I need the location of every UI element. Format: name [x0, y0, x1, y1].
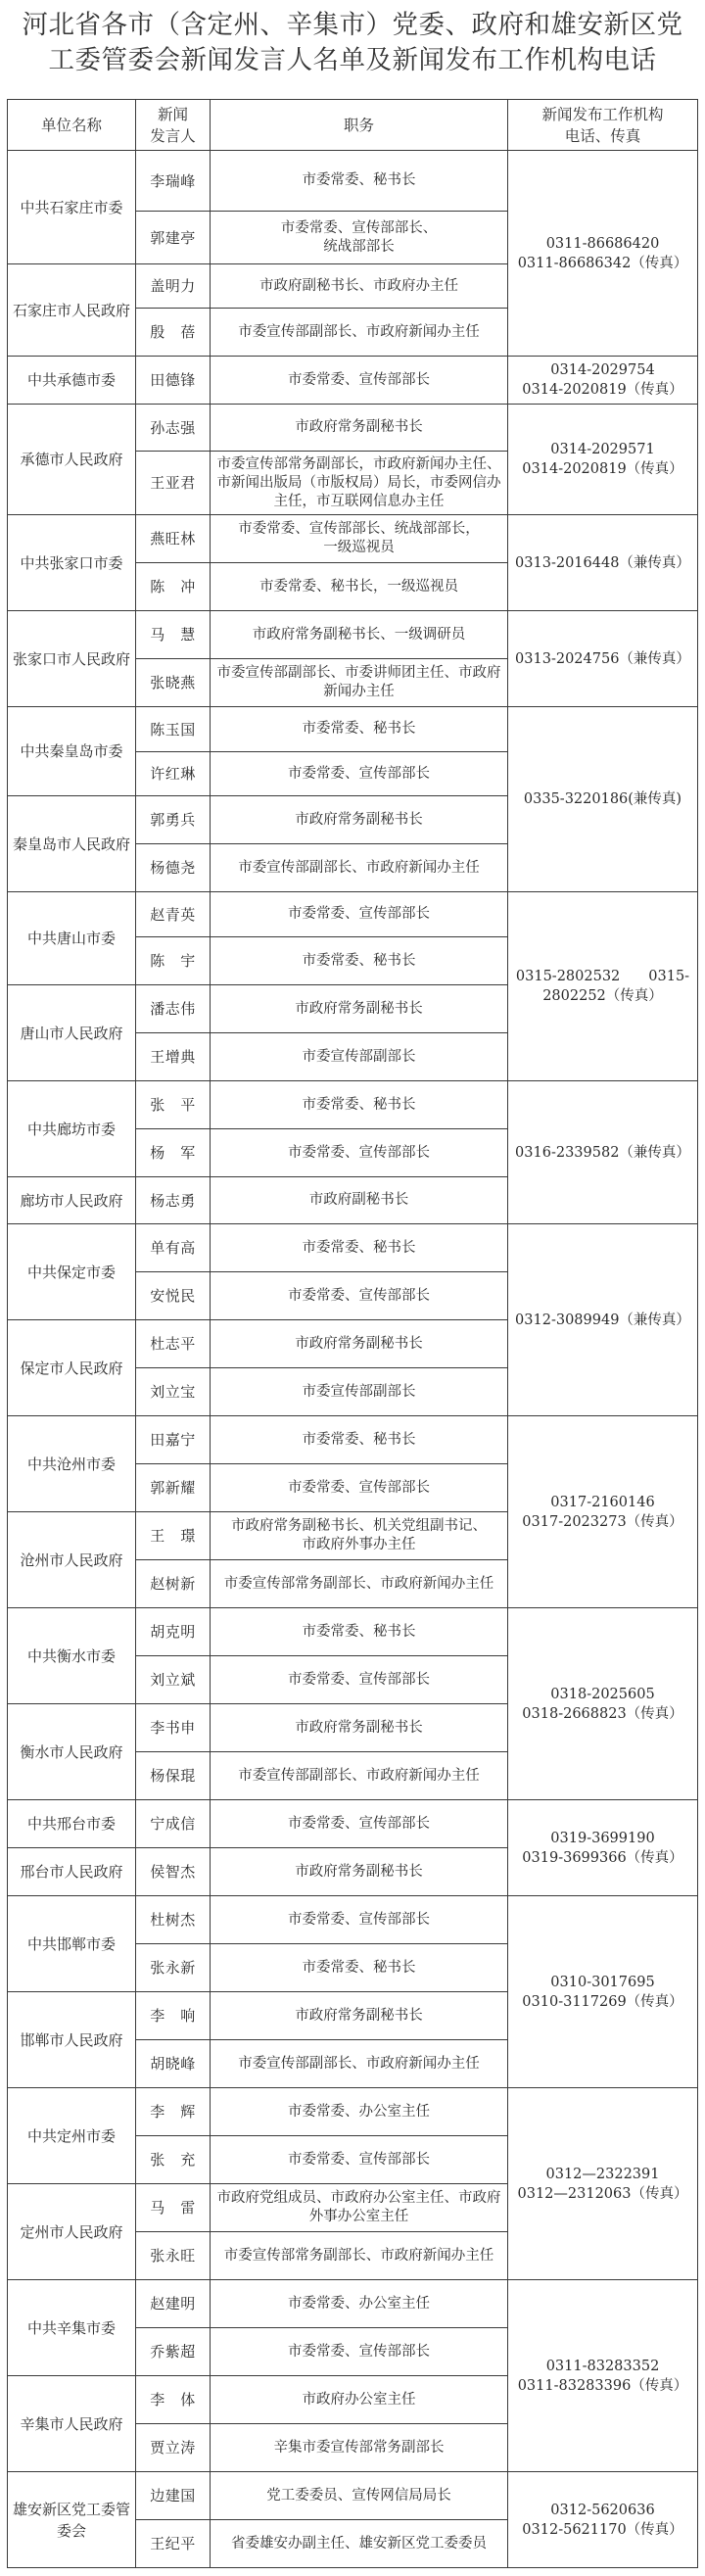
duty-cell: 市委常委、秘书长	[211, 1944, 508, 1992]
unit-name-cell: 中共廊坊市委	[8, 1081, 136, 1177]
duty-cell: 市委常委、宣传部部长、 统战部部长	[211, 212, 508, 264]
duty-cell: 省委雄安办副主任、雄安新区党工委委员	[211, 2520, 508, 2568]
spokesperson-name-cell: 张晓燕	[136, 659, 211, 707]
duty-cell: 市政府常务副秘书长	[211, 796, 508, 844]
unit-name-cell: 中共保定市委	[8, 1224, 136, 1320]
contact-phone-cell: 0314-2029571 0314-2020819（传真）	[508, 405, 698, 515]
spokesperson-name-cell: 孙志强	[136, 405, 211, 452]
spokesperson-name-cell: 杜树杰	[136, 1896, 211, 1944]
duty-cell: 市委常委、宣传部部长	[211, 1464, 508, 1512]
duty-cell: 市委常委、宣传部部长	[211, 357, 508, 405]
duty-cell: 市委常委、秘书长	[211, 151, 508, 212]
unit-name-cell: 中共邯郸市委	[8, 1896, 136, 1992]
duty-cell: 市政府常务副秘书长	[211, 1320, 508, 1368]
duty-cell: 市委常委、宣传部部长	[211, 1896, 508, 1944]
contact-phone-cell: 0312—2322391 0312—2312063（传真）	[508, 2088, 698, 2280]
spokesperson-name-cell: 王亚君	[136, 452, 211, 515]
spokesperson-name-cell: 张 充	[136, 2136, 211, 2184]
spokesperson-name-cell: 张 平	[136, 1081, 211, 1129]
spokesperson-name-cell: 贾立涛	[136, 2424, 211, 2472]
duty-cell: 市政府副秘书长、市政府办主任	[211, 264, 508, 309]
unit-name-cell: 中共承德市委	[8, 357, 136, 405]
spokesperson-name-cell: 田嘉宁	[136, 1416, 211, 1464]
unit-name-cell: 邢台市人民政府	[8, 1848, 136, 1896]
duty-cell: 市委常委、宣传部部长	[211, 1272, 508, 1320]
duty-cell: 市政府常务副秘书长	[211, 1992, 508, 2040]
spokesperson-name-cell: 陈 冲	[136, 563, 211, 611]
spokesperson-name-cell: 王 璟	[136, 1512, 211, 1560]
table-row: 中共保定市委单有高市委常委、秘书长0312-3089949（兼传真）	[8, 1224, 698, 1272]
duty-cell: 市委常委、办公室主任	[211, 2088, 508, 2136]
unit-name-cell: 沧州市人民政府	[8, 1512, 136, 1608]
spokesperson-name-cell: 郭勇兵	[136, 796, 211, 844]
duty-cell: 市政府常务副秘书长	[211, 1848, 508, 1896]
unit-name-cell: 张家口市人民政府	[8, 611, 136, 707]
spokesperson-name-cell: 胡克明	[136, 1608, 211, 1656]
spokesperson-name-cell: 赵建明	[136, 2280, 211, 2328]
spokesperson-name-cell: 单有高	[136, 1224, 211, 1272]
spokesperson-name-cell: 郭新耀	[136, 1464, 211, 1512]
header-spokesperson-line1: 新闻	[158, 106, 188, 123]
duty-cell: 党工委委员、宣传网信局局长	[211, 2472, 508, 2520]
spokesperson-name-cell: 燕旺林	[136, 515, 211, 563]
spokesperson-table: 单位名称 新闻发言人 职务 新闻发布工作机构电话、传真 中共石家庄市委李瑞峰市委…	[7, 99, 698, 2568]
contact-phone-cell: 0314-2029754 0314-2020819（传真）	[508, 357, 698, 405]
spokesperson-name-cell: 陈 宇	[136, 937, 211, 985]
contact-phone-cell: 0311-83283352 0311-83283396（传真）	[508, 2280, 698, 2472]
header-spokesperson: 新闻发言人	[136, 100, 211, 151]
unit-name-cell: 中共衡水市委	[8, 1608, 136, 1704]
header-duty: 职务	[211, 100, 508, 151]
unit-name-cell: 秦皇岛市人民政府	[8, 796, 136, 892]
table-row: 中共定州市委李 辉市委常委、办公室主任0312—2322391 0312—231…	[8, 2088, 698, 2136]
table-row: 中共廊坊市委张 平市委常委、秘书长0316-2339582（兼传真）	[8, 1081, 698, 1129]
spokesperson-name-cell: 杨志勇	[136, 1177, 211, 1224]
contact-phone-cell: 0317-2160146 0317-2023273（传真）	[508, 1416, 698, 1608]
spokesperson-name-cell: 陈玉国	[136, 707, 211, 752]
spokesperson-name-cell: 胡晓峰	[136, 2040, 211, 2088]
contact-phone-cell: 0316-2339582（兼传真）	[508, 1081, 698, 1224]
duty-cell: 市委宣传部常务副部长、市政府新闻办主任	[211, 2232, 508, 2280]
duty-cell: 市委常委、宣传部部长	[211, 1656, 508, 1704]
unit-name-cell: 雄安新区党工委管委会	[8, 2472, 136, 2568]
spokesperson-name-cell: 杜志平	[136, 1320, 211, 1368]
duty-cell: 市委宣传部副部长、市政府新闻办主任	[211, 2040, 508, 2088]
unit-name-cell: 承德市人民政府	[8, 405, 136, 515]
duty-cell: 市委常委、宣传部部长、统战部部长， 一级巡视员	[211, 515, 508, 563]
duty-cell: 市委宣传部副部长、市政府新闻办主任	[211, 844, 508, 892]
unit-name-cell: 保定市人民政府	[8, 1320, 136, 1416]
spokesperson-name-cell: 杨保琨	[136, 1752, 211, 1800]
spokesperson-name-cell: 宁成信	[136, 1800, 211, 1848]
table-body: 中共石家庄市委李瑞峰市委常委、秘书长0311-86686420 0311-866…	[8, 151, 698, 2568]
table-header-row: 单位名称 新闻发言人 职务 新闻发布工作机构电话、传真	[8, 100, 698, 151]
contact-phone-cell: 0311-86686420 0311-86686342（传真）	[508, 151, 698, 357]
spokesperson-name-cell: 侯智杰	[136, 1848, 211, 1896]
page-title: 河北省各市（含定州、辛集市）党委、政府和雄安新区党 工委管委会新闻发言人名单及新…	[0, 8, 705, 78]
duty-cell: 市政府常务副秘书长、机关党组副书记、 市政府外事办主任	[211, 1512, 508, 1560]
duty-cell: 市委宣传部副部长	[211, 1368, 508, 1416]
table-row: 中共邯郸市委杜树杰市委常委、宣传部部长0310-3017695 0310-311…	[8, 1896, 698, 1944]
header-phone-line2: 电话、传真	[565, 127, 641, 145]
spokesperson-name-cell: 刘立斌	[136, 1656, 211, 1704]
duty-cell: 市委宣传部副部长、市委讲师团主任、市政府新闻办主任	[211, 659, 508, 707]
contact-phone-cell: 0315-2802532 0315-2802252（传真）	[508, 892, 698, 1081]
unit-name-cell: 中共沧州市委	[8, 1416, 136, 1512]
spokesperson-name-cell: 赵树新	[136, 1560, 211, 1608]
duty-cell: 市委常委、宣传部部长	[211, 1800, 508, 1848]
table-row: 中共邢台市委宁成信市委常委、宣传部部长0319-3699190 0319-369…	[8, 1800, 698, 1848]
spokesperson-name-cell: 边建国	[136, 2472, 211, 2520]
unit-name-cell: 辛集市人民政府	[8, 2376, 136, 2472]
contact-phone-cell: 0313-2016448（兼传真）	[508, 515, 698, 611]
contact-phone-cell: 0313-2024756（兼传真）	[508, 611, 698, 707]
contact-phone-cell: 0312-3089949（兼传真）	[508, 1224, 698, 1416]
spokesperson-name-cell: 殷 蓓	[136, 309, 211, 357]
duty-cell: 市委常委、秘书长	[211, 1416, 508, 1464]
unit-name-cell: 衡水市人民政府	[8, 1704, 136, 1800]
duty-cell: 市委常委、宣传部部长	[211, 1129, 508, 1177]
unit-name-cell: 中共唐山市委	[8, 892, 136, 985]
spokesperson-name-cell: 王增典	[136, 1033, 211, 1081]
contact-phone-cell: 0310-3017695 0310-3117269（传真）	[508, 1896, 698, 2088]
contact-phone-cell: 0318-2025605 0318-2668823（传真）	[508, 1608, 698, 1800]
duty-cell: 市委常委、秘书长	[211, 1224, 508, 1272]
spokesperson-name-cell: 杨 军	[136, 1129, 211, 1177]
spokesperson-name-cell: 许红琳	[136, 752, 211, 796]
table-row: 张家口市人民政府马 慧市政府常务副秘书长、一级调研员0313-2024756（兼…	[8, 611, 698, 659]
unit-name-cell: 中共邢台市委	[8, 1800, 136, 1848]
spokesperson-name-cell: 马 雷	[136, 2184, 211, 2232]
duty-cell: 市政府办公室主任	[211, 2376, 508, 2424]
unit-name-cell: 石家庄市人民政府	[8, 264, 136, 357]
duty-cell: 市委常委、秘书长	[211, 937, 508, 985]
table-row: 中共唐山市委赵青英市委常委、宣传部部长0315-2802532 0315-280…	[8, 892, 698, 937]
spokesperson-name-cell: 李瑞峰	[136, 151, 211, 212]
duty-cell: 市委宣传部副部长	[211, 1033, 508, 1081]
header-phone-line1: 新闻发布工作机构	[541, 106, 663, 123]
unit-name-cell: 廊坊市人民政府	[8, 1177, 136, 1224]
title-line-1: 河北省各市（含定州、辛集市）党委、政府和雄安新区党	[0, 8, 705, 43]
duty-cell: 市政府常务副秘书长	[211, 985, 508, 1033]
spokesperson-name-cell: 乔紫超	[136, 2328, 211, 2376]
spokesperson-name-cell: 马 慧	[136, 611, 211, 659]
table-row: 中共石家庄市委李瑞峰市委常委、秘书长0311-86686420 0311-866…	[8, 151, 698, 212]
spokesperson-name-cell: 安悦民	[136, 1272, 211, 1320]
header-phone: 新闻发布工作机构电话、传真	[508, 100, 698, 151]
duty-cell: 市政府常务副秘书长	[211, 1704, 508, 1752]
spokesperson-name-cell: 赵青英	[136, 892, 211, 937]
table-row: 中共承德市委田德锋市委常委、宣传部部长0314-2029754 0314-202…	[8, 357, 698, 405]
duty-cell: 市委常委、秘书长	[211, 1081, 508, 1129]
spokesperson-name-cell: 李书申	[136, 1704, 211, 1752]
table-row: 中共张家口市委燕旺林市委常委、宣传部部长、统战部部长， 一级巡视员0313-20…	[8, 515, 698, 563]
duty-cell: 市委常委、秘书长，一级巡视员	[211, 563, 508, 611]
unit-name-cell: 中共张家口市委	[8, 515, 136, 611]
spokesperson-name-cell: 盖明力	[136, 264, 211, 309]
spokesperson-name-cell: 李 响	[136, 1992, 211, 2040]
spokesperson-name-cell: 潘志伟	[136, 985, 211, 1033]
unit-name-cell: 中共辛集市委	[8, 2280, 136, 2376]
table-row: 承德市人民政府孙志强市政府常务副秘书长0314-2029571 0314-202…	[8, 405, 698, 452]
duty-cell: 辛集市委宣传部常务副部长	[211, 2424, 508, 2472]
table-row: 中共秦皇岛市委陈玉国市委常委、秘书长0335-3220186(兼传真)	[8, 707, 698, 752]
unit-name-cell: 中共定州市委	[8, 2088, 136, 2184]
duty-cell: 市委常委、宣传部部长	[211, 752, 508, 796]
spokesperson-name-cell: 郭建亭	[136, 212, 211, 264]
unit-name-cell: 中共石家庄市委	[8, 151, 136, 264]
title-line-2: 工委管委会新闻发言人名单及新闻发布工作机构电话	[0, 43, 705, 78]
spokesperson-name-cell: 杨德尧	[136, 844, 211, 892]
contact-phone-cell: 0335-3220186(兼传真)	[508, 707, 698, 892]
unit-name-cell: 邯郸市人民政府	[8, 1992, 136, 2088]
spokesperson-name-cell: 张永新	[136, 1944, 211, 1992]
header-spokesperson-line2: 发言人	[150, 127, 196, 145]
duty-cell: 市委常委、秘书长	[211, 707, 508, 752]
spokesperson-name-cell: 王纪平	[136, 2520, 211, 2568]
duty-cell: 市委常委、秘书长	[211, 1608, 508, 1656]
unit-name-cell: 中共秦皇岛市委	[8, 707, 136, 796]
duty-cell: 市政府常务副秘书长、一级调研员	[211, 611, 508, 659]
duty-cell: 市委常委、宣传部部长	[211, 2328, 508, 2376]
unit-name-cell: 定州市人民政府	[8, 2184, 136, 2280]
spokesperson-name-cell: 李 体	[136, 2376, 211, 2424]
duty-cell: 市政府副秘书长	[211, 1177, 508, 1224]
duty-cell: 市政府常务副秘书长	[211, 405, 508, 452]
duty-cell: 市委常委、办公室主任	[211, 2280, 508, 2328]
table-row: 雄安新区党工委管委会边建国党工委委员、宣传网信局局长0312-5620636 0…	[8, 2472, 698, 2520]
contact-phone-cell: 0312-5620636 0312-5621170（传真）	[508, 2472, 698, 2568]
spokesperson-name-cell: 刘立宝	[136, 1368, 211, 1416]
duty-cell: 市委宣传部常务副部长，市政府新闻办主任、市新闻出版局（市版权局）局长，市委网信办…	[211, 452, 508, 515]
duty-cell: 市委宣传部副部长、市政府新闻办主任	[211, 1752, 508, 1800]
duty-cell: 市委宣传部常务副部长、市政府新闻办主任	[211, 1560, 508, 1608]
duty-cell: 市委宣传部副部长、市政府新闻办主任	[211, 309, 508, 357]
duty-cell: 市委常委、宣传部部长	[211, 2136, 508, 2184]
table-row: 中共衡水市委胡克明市委常委、秘书长0318-2025605 0318-26688…	[8, 1608, 698, 1656]
duty-cell: 市政府党组成员、市政府办公室主任、市政府外事办公室主任	[211, 2184, 508, 2232]
unit-name-cell: 唐山市人民政府	[8, 985, 136, 1081]
contact-phone-cell: 0319-3699190 0319-3699366（传真）	[508, 1800, 698, 1896]
spokesperson-name-cell: 张永旺	[136, 2232, 211, 2280]
table-row: 中共辛集市委赵建明市委常委、办公室主任0311-83283352 0311-83…	[8, 2280, 698, 2328]
table-row: 中共沧州市委田嘉宁市委常委、秘书长0317-2160146 0317-20232…	[8, 1416, 698, 1464]
duty-cell: 市委常委、宣传部部长	[211, 892, 508, 937]
spokesperson-name-cell: 李 辉	[136, 2088, 211, 2136]
header-unit: 单位名称	[8, 100, 136, 151]
spokesperson-name-cell: 田德锋	[136, 357, 211, 405]
